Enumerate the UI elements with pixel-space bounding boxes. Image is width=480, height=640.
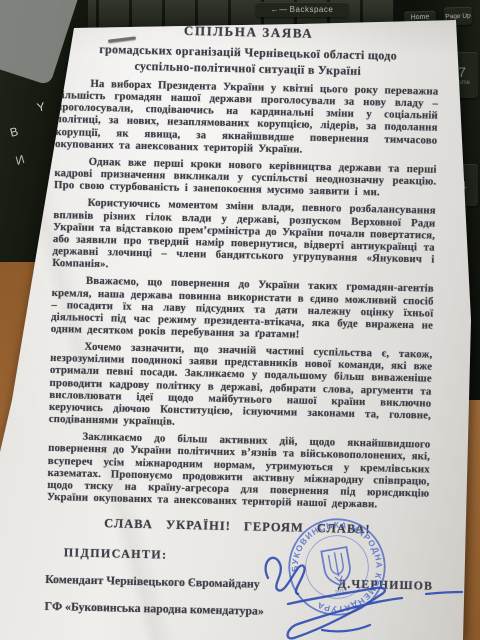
paragraph-3: Користуючись моментом зміни влади, певно… bbox=[52, 196, 436, 278]
signature-ink bbox=[230, 532, 472, 640]
signature-dash bbox=[426, 592, 462, 594]
paragraph-4: Вважаємо, що повернення до України таких… bbox=[51, 274, 434, 343]
paper-sheet: СПІЛЬНА ЗАЯВА громадських організацій Че… bbox=[0, 0, 480, 640]
document-title: СПІЛЬНА ЗАЯВА bbox=[58, 20, 440, 45]
signature-initials bbox=[266, 558, 305, 594]
signatory-role: Комендант Чернівецького Євромайдану bbox=[45, 572, 260, 592]
paper-sheet-wrapper: СПІЛЬНА ЗАЯВА громадських організацій Че… bbox=[0, 0, 480, 640]
paragraph-2: Однак вже перші кроки нового керівництва… bbox=[54, 155, 437, 200]
signature-tail bbox=[322, 625, 370, 631]
document-subtitle: громадських організацій Чернівецької обл… bbox=[80, 42, 417, 81]
paragraph-6: Закликаємо до більш активних дій, щодо я… bbox=[47, 430, 431, 512]
paragraph-5: Хочемо зазначити, що значній частині сус… bbox=[49, 340, 433, 434]
paragraph-1: На виборах Президента України у квітні ц… bbox=[55, 77, 439, 159]
photo-of-document: ←— Backspace Home Page Up 7 Home 4 Y В И… bbox=[0, 0, 480, 640]
